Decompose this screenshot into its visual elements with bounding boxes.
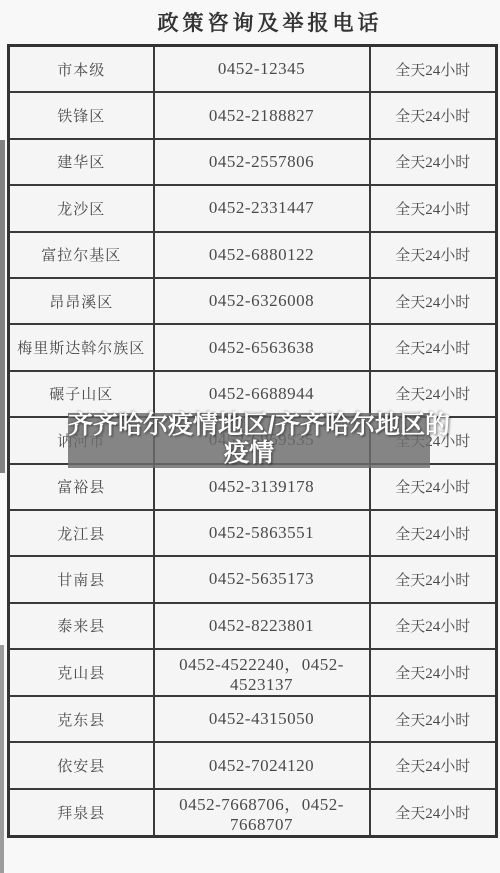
- table-row: 富拉尔基区0452-6880122全天24小时: [9, 232, 497, 278]
- table-row: 拜泉县0452-7668706，0452-7668707全天24小时: [9, 789, 497, 837]
- phone-cell: 0452-7668706，0452-7668707: [154, 789, 370, 837]
- region-cell: 甘南县: [9, 556, 154, 602]
- table-row: 龙沙区0452-2331447全天24小时: [9, 185, 497, 231]
- phone-cell: 0452-4522240，0452-4523137: [154, 649, 370, 696]
- region-cell: 泰来县: [9, 603, 154, 649]
- hours-cell: 全天24小时: [370, 742, 497, 788]
- region-cell: 富裕县: [9, 464, 154, 510]
- region-cell: 昂昂溪区: [9, 278, 154, 324]
- phone-cell: 0452-3139178: [154, 464, 370, 510]
- hours-cell: 全天24小时: [370, 92, 497, 138]
- phone-cell: 0452-2331447: [154, 185, 370, 231]
- table-row: 富裕县0452-3139178全天24小时: [9, 464, 497, 510]
- hours-cell: 全天24小时: [370, 185, 497, 231]
- hours-cell: 全天24小时: [370, 278, 497, 324]
- table-row: 泰来县0452-8223801全天24小时: [9, 603, 497, 649]
- hours-cell: 全天24小时: [370, 464, 497, 510]
- phone-cell: 0452-2188827: [154, 92, 370, 138]
- hours-cell: 全天24小时: [370, 139, 497, 185]
- phone-cell: 0452-5863551: [154, 510, 370, 556]
- table-row: 依安县0452-7024120全天24小时: [9, 742, 497, 788]
- hours-cell: 全天24小时: [370, 46, 497, 93]
- watermark-line-2: 疫情: [68, 439, 430, 467]
- hours-cell: 全天24小时: [370, 324, 497, 370]
- watermark-overlay-text: 齐齐哈尔疫情地区/齐齐哈尔地区的 疫情: [68, 411, 430, 467]
- table-row: 甘南县0452-5635173全天24小时: [9, 556, 497, 602]
- region-cell: 龙沙区: [9, 185, 154, 231]
- region-cell: 梅里斯达斡尔族区: [9, 324, 154, 370]
- hours-cell: 全天24小时: [370, 510, 497, 556]
- region-cell: 克东县: [9, 696, 154, 742]
- region-cell: 铁锋区: [9, 92, 154, 138]
- hours-cell: 全天24小时: [370, 603, 497, 649]
- table-row: 龙江县0452-5863551全天24小时: [9, 510, 497, 556]
- page-title: 政策咨询及举报电话: [40, 7, 500, 37]
- table-row: 梅里斯达斡尔族区0452-6563638全天24小时: [9, 324, 497, 370]
- region-cell: 富拉尔基区: [9, 232, 154, 278]
- hours-cell: 全天24小时: [370, 696, 497, 742]
- hours-cell: 全天24小时: [370, 649, 497, 696]
- phone-cell: 0452-5635173: [154, 556, 370, 602]
- table-row: 昂昂溪区0452-6326008全天24小时: [9, 278, 497, 324]
- table-row: 建华区0452-2557806全天24小时: [9, 139, 497, 185]
- table-row: 铁锋区0452-2188827全天24小时: [9, 92, 497, 138]
- scan-artifact-left-strip-lower: [0, 645, 4, 873]
- phone-cell: 0452-4315050: [154, 696, 370, 742]
- table-row: 克山县0452-4522240，0452-4523137全天24小时: [9, 649, 497, 696]
- phone-cell: 0452-6326008: [154, 278, 370, 324]
- region-cell: 拜泉县: [9, 789, 154, 837]
- phone-cell: 0452-12345: [154, 46, 370, 93]
- phone-cell: 0452-8223801: [154, 603, 370, 649]
- watermark-line-1: 齐齐哈尔疫情地区/齐齐哈尔地区的: [68, 411, 430, 439]
- phone-cell: 0452-6563638: [154, 324, 370, 370]
- hours-cell: 全天24小时: [370, 556, 497, 602]
- region-cell: 依安县: [9, 742, 154, 788]
- hours-cell: 全天24小时: [370, 789, 497, 837]
- phone-cell: 0452-2557806: [154, 139, 370, 185]
- table-row: 市本级0452-12345全天24小时: [9, 46, 497, 93]
- region-cell: 克山县: [9, 649, 154, 696]
- phone-cell: 0452-7024120: [154, 742, 370, 788]
- table-row: 克东县0452-4315050全天24小时: [9, 696, 497, 742]
- hours-cell: 全天24小时: [370, 232, 497, 278]
- region-cell: 建华区: [9, 139, 154, 185]
- region-cell: 市本级: [9, 46, 154, 93]
- scan-artifact-left-strip-upper: [0, 140, 5, 473]
- region-cell: 龙江县: [9, 510, 154, 556]
- phone-cell: 0452-6880122: [154, 232, 370, 278]
